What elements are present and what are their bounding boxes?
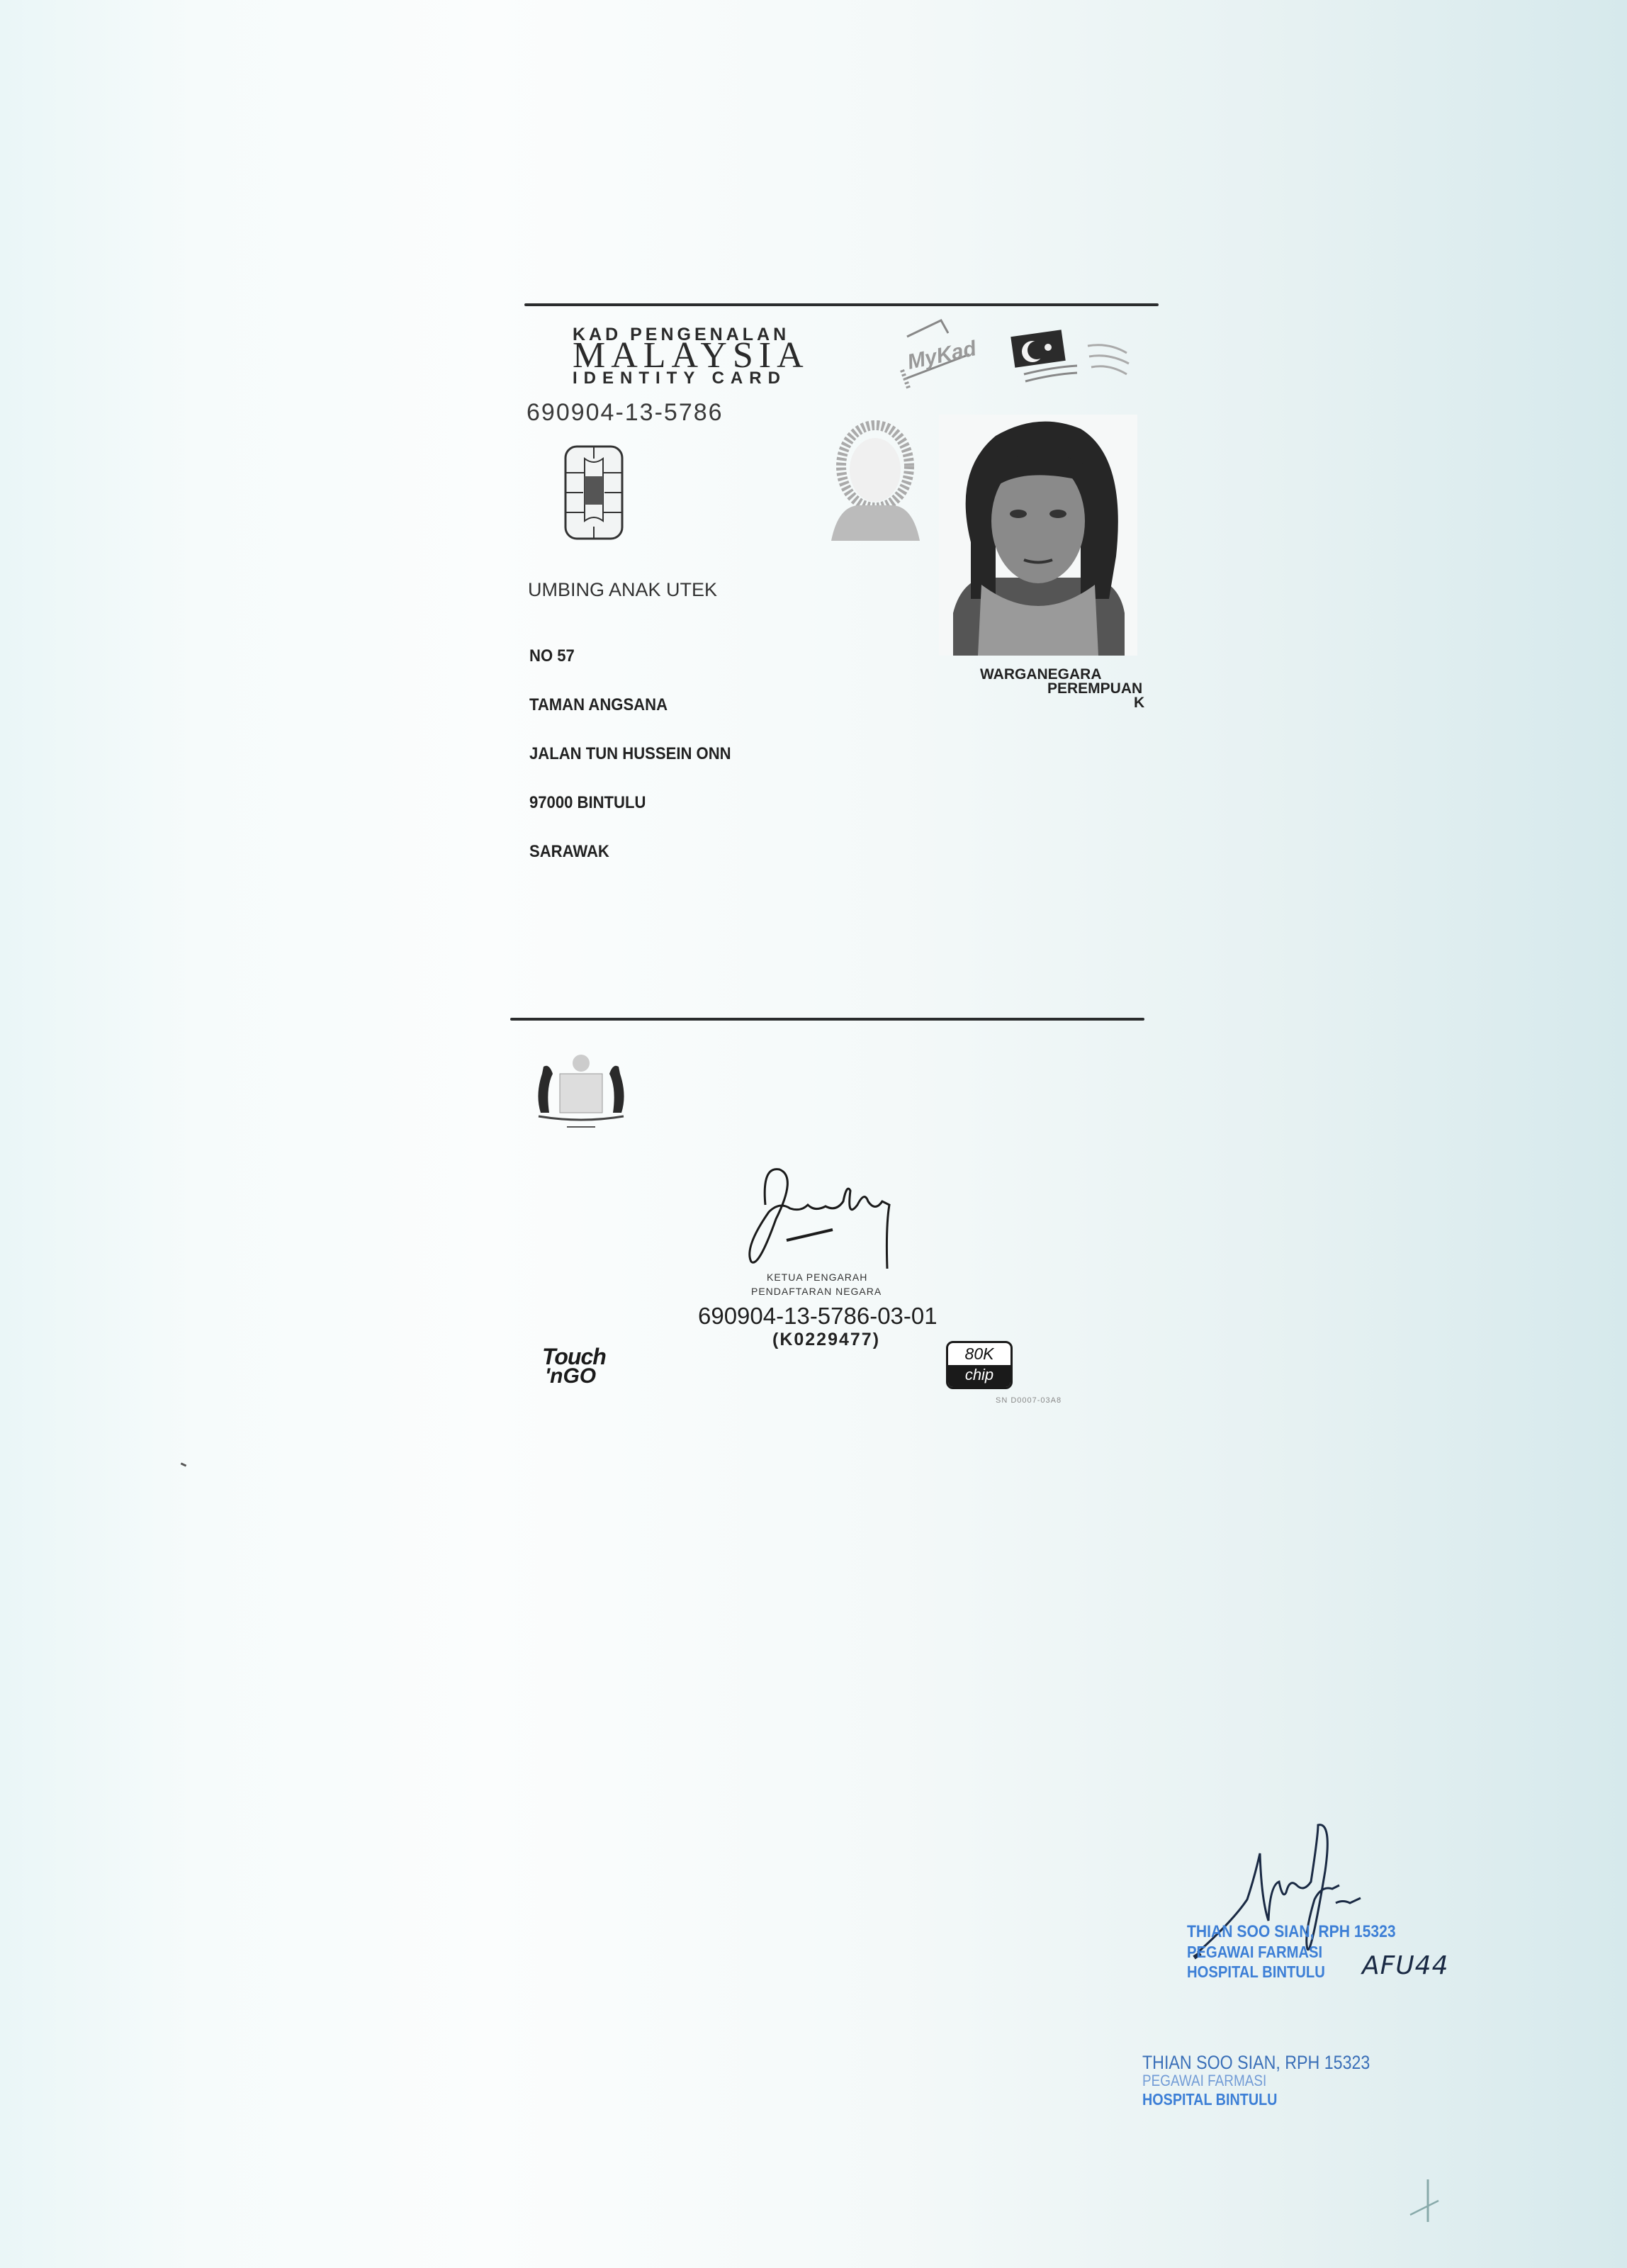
stamp2-name: THIAN SOO SIAN, RPH 15323 [1142,2053,1370,2072]
holder-address: NO 57 TAMAN ANGSANA JALAN TUN HUSSEIN ON… [529,615,731,876]
signatory-title-line2: PENDAFTARAN NEGARA [751,1286,882,1297]
card-back-top-border [510,1018,1144,1021]
address-line: TAMAN ANGSANA [529,697,731,713]
mykad-logo: MyKad [899,312,1005,397]
address-line: NO 57 [529,648,731,664]
stamp1-name: THIAN SOO SIAN, RPH 15323 [1187,1922,1396,1942]
holder-name: UMBING ANAK UTEK [528,579,717,601]
ghost-photo [824,413,923,541]
address-line: SARAWAK [529,843,731,860]
gender: PEREMPUAN [1047,680,1142,697]
smartcard-chip-icon [563,444,624,541]
holder-photo [939,415,1137,656]
address-line: 97000 BINTULU [529,795,731,811]
pencil-mark [1407,2176,1442,2225]
card-front-top-border [524,303,1159,306]
malaysia-coat-of-arms-icon [528,1045,634,1130]
full-ic-number: 690904-13-5786-03-01 [698,1303,938,1330]
card-header-line2: MALAYSIA [573,340,809,371]
touchngo-logo-line2: 'nGO [542,1366,606,1386]
serial-number: SN D0007-03A8 [996,1396,1062,1405]
signatory-title-line1: KETUA PENGARAH [767,1271,867,1283]
touchngo-logo: Touch 'nGO [542,1347,606,1386]
stamp2: THIAN SOO SIAN, RPH 15323 PEGAWAI FARMAS… [1142,2053,1370,2109]
stamp2-org: HOSPITAL BINTULU [1142,2090,1370,2109]
malaysia-flag-icon [1010,325,1137,388]
address-line: JALAN TUN HUSSEIN ONN [529,746,731,762]
chip-badge-top: 80K [948,1343,1010,1365]
chip-badge-bottom: chip [948,1365,1010,1387]
chip-capacity-badge: 80K chip [946,1341,1013,1389]
stamp2-title: PEGAWAI FARMASI [1142,2072,1370,2090]
touchngo-logo-line1: Touch [542,1347,606,1366]
ic-number-front: 690904-13-5786 [527,399,724,427]
stray-mark [181,1462,187,1466]
director-signature [737,1162,921,1276]
handwritten-note: AFU44 [1362,1951,1449,1980]
old-ic-number: (K0229477) [772,1330,880,1350]
card-header-line3: IDENTITY CARD [573,369,787,388]
religion-code: K [1134,695,1144,712]
